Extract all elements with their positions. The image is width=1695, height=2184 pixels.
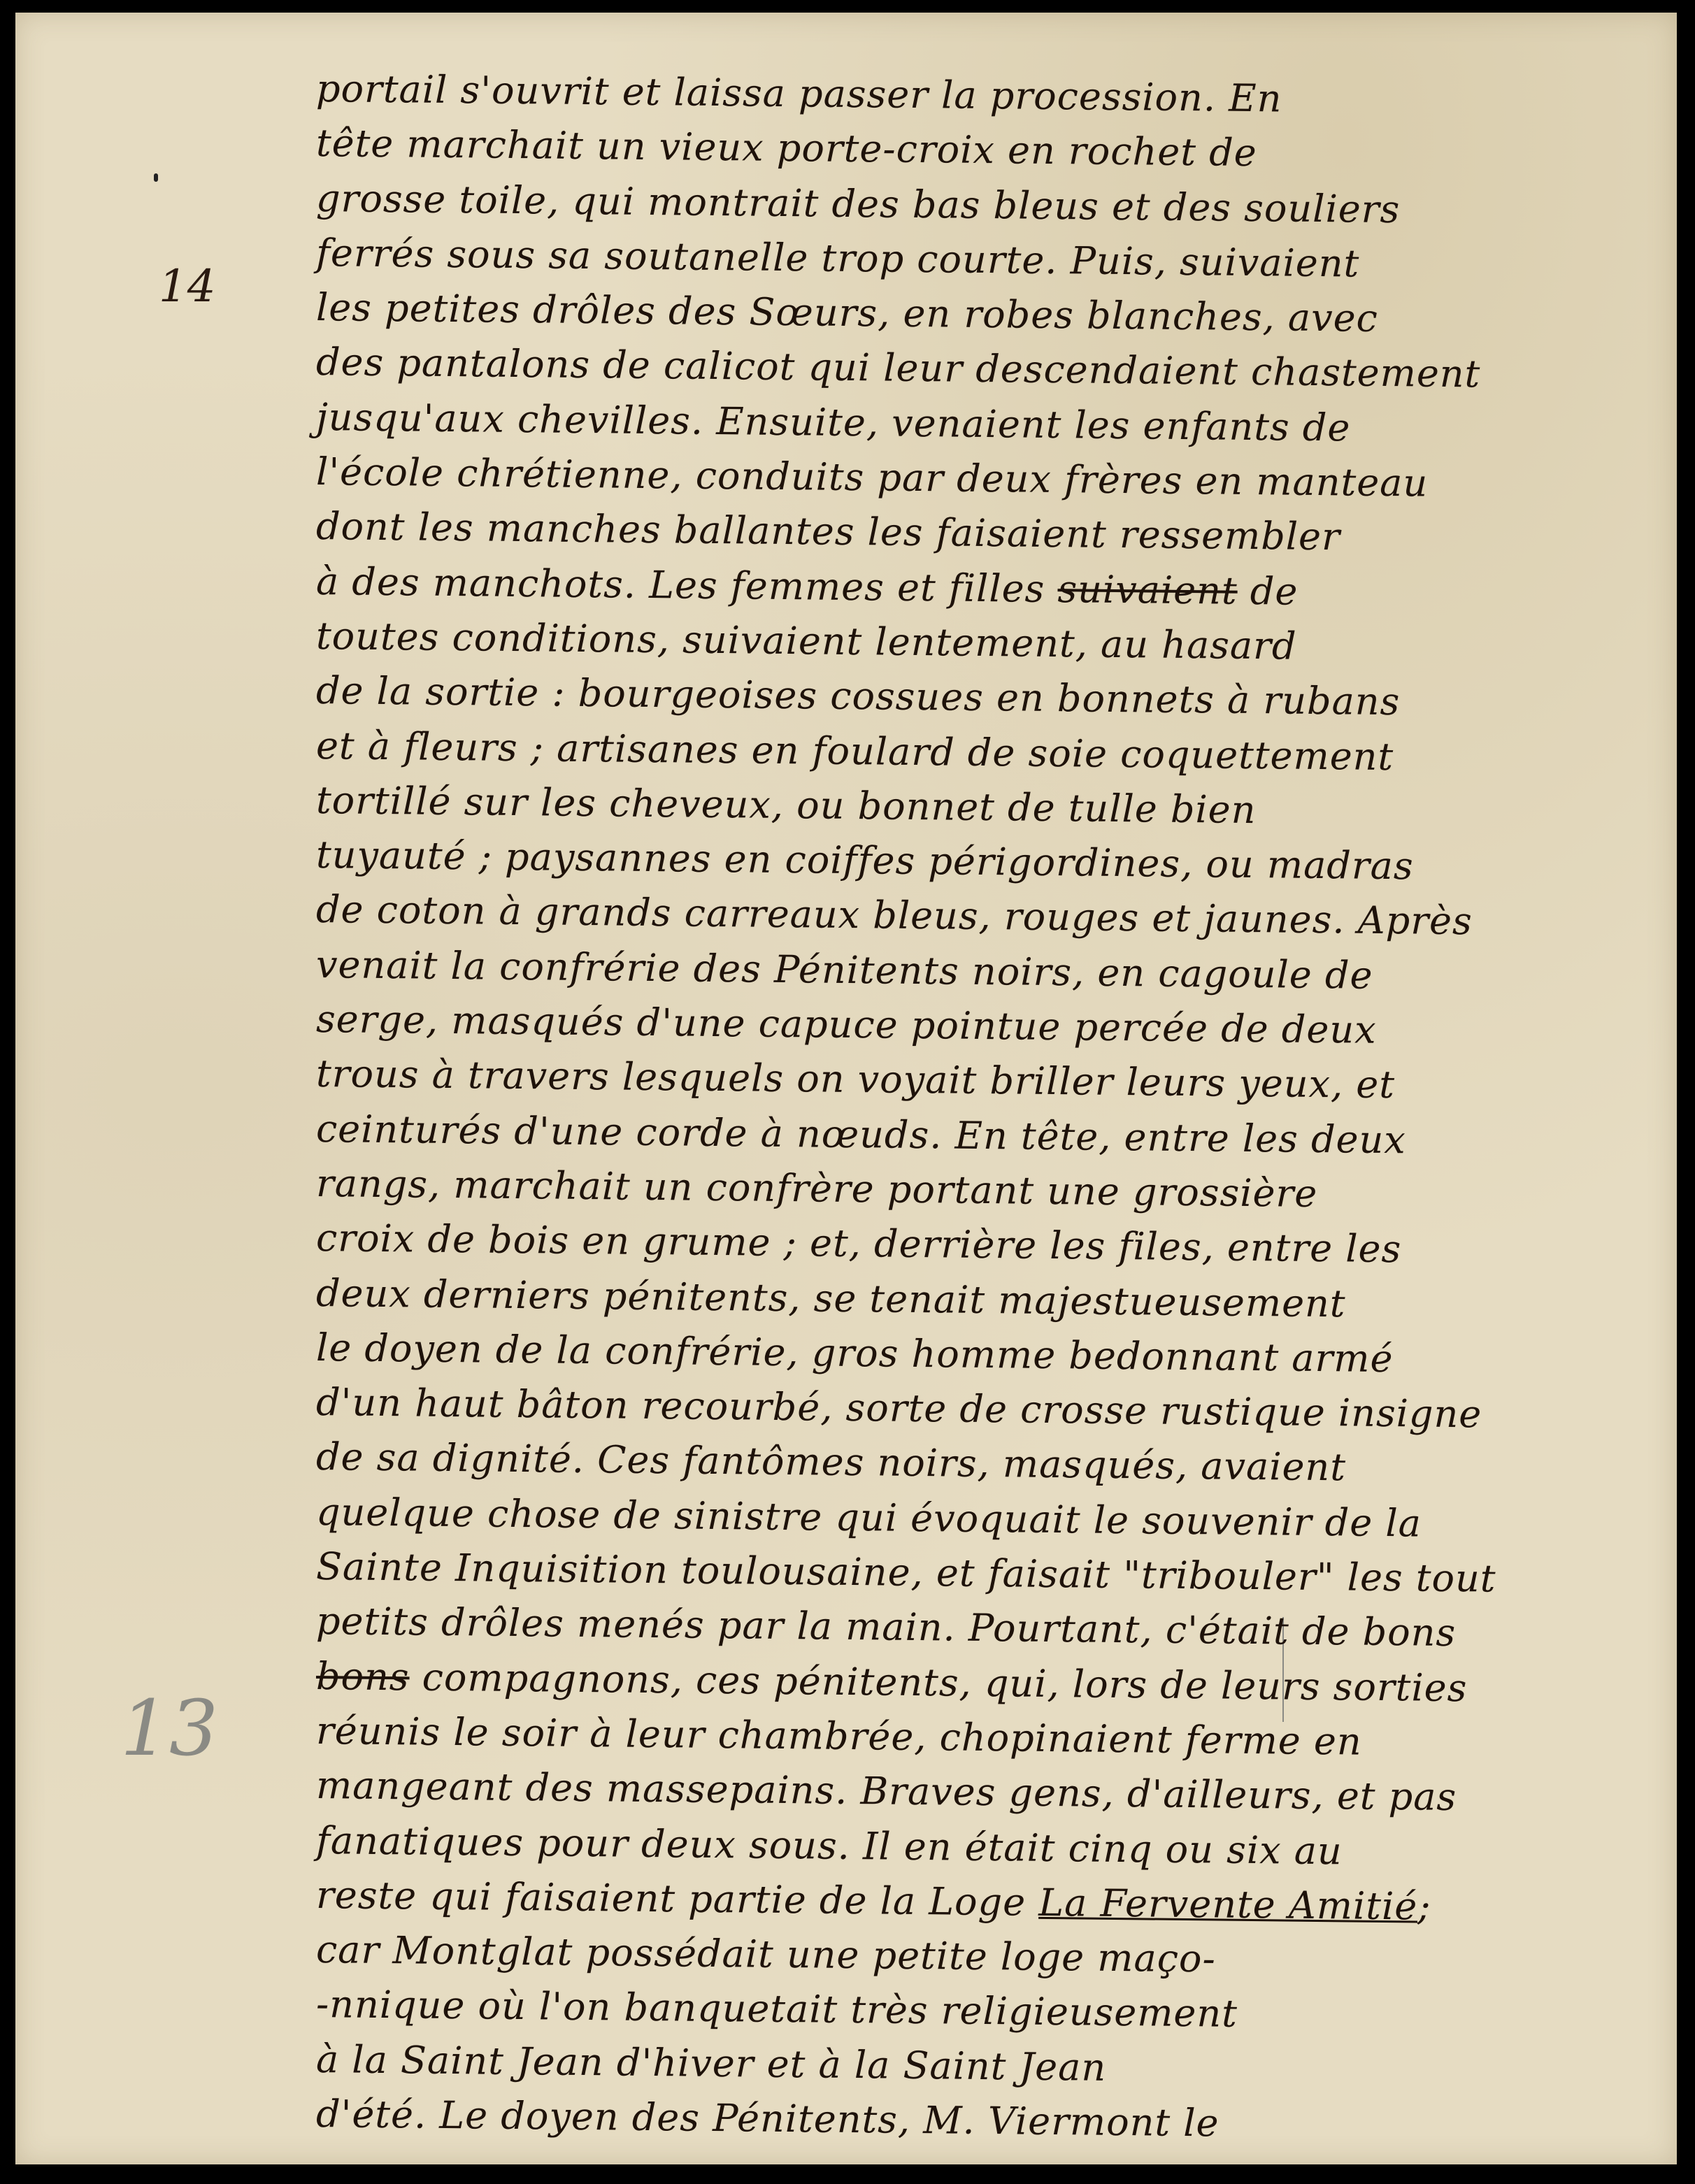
struck-word: bons [316,1654,410,1699]
struck-word: suivaient [1057,567,1238,613]
line-tail: de [1250,569,1299,614]
handwritten-text: portail s'ouvrit et laissa passer la pro… [316,62,1687,2141]
margin-page-number-ink: 14 [159,261,215,312]
manuscript-page: 14 13 portail s'ouvrit et laissa passer … [15,13,1677,2164]
margin-page-number-pencil: 13 [120,1683,218,1773]
line-text: reste qui faisaient partie de la Loge [316,1873,1027,1925]
line-text: à des manchots. Les femmes et filles [316,559,1045,611]
line-tail: ; [1417,1884,1431,1928]
ink-dot [154,173,158,182]
lodge-name: La Fervente Amitié [1038,1881,1418,1929]
line-text: compagnons, ces pénitents, qui, lors de … [422,1655,1467,1710]
